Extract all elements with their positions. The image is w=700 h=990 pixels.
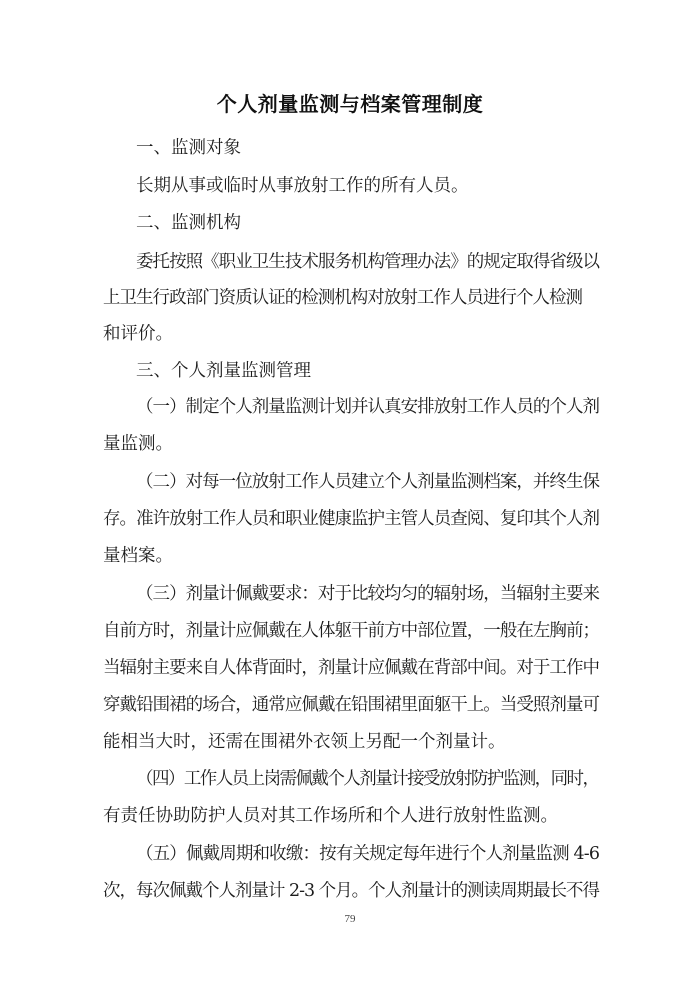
page-number: 79 bbox=[0, 913, 700, 925]
text-line: 次，每次佩戴个人剂量计 2-3 个月。个人剂量计的测读周期最长不得 bbox=[103, 880, 599, 902]
text-line: 委托按照《职业卫生技术服务机构管理办法》的规定取得省级以 bbox=[136, 251, 599, 273]
document-page: 个人剂量监测与档案管理制度 一、监测对象长期从事或临时从事放射工作的所有人员。二… bbox=[0, 0, 700, 990]
text-line: （二）对每一位放射工作人员建立个人剂量监测档案，并终生保 bbox=[136, 471, 599, 493]
text-line: （四）工作人员上岗需佩戴个人剂量计接受放射防护监测，同时， bbox=[136, 768, 598, 790]
text-line: （三）剂量计佩戴要求：对于比较均匀的辐射场，当辐射主要来 bbox=[136, 583, 599, 605]
text-line: （一）制定个人剂量监测计划并认真安排放射工作人员的个人剂 bbox=[136, 396, 599, 418]
text-line: 当辐射主要来自人体背面时，剂量计应佩戴在背部中间。对于工作中 bbox=[103, 657, 599, 679]
text-line: 二、监测机构 bbox=[136, 212, 241, 234]
text-line: 有责任协助防护人员对其工作场所和个人进行放射性监测。 bbox=[103, 805, 558, 827]
text-line: 能相当大时，还需在围裙外衣领上另配一个剂量计。 bbox=[103, 731, 506, 753]
text-line: 穿戴铅围裙的场合，通常应佩戴在铅围裙里面躯干上。当受照剂量可 bbox=[103, 694, 599, 716]
text-line: 长期从事或临时从事放射工作的所有人员。 bbox=[136, 175, 469, 197]
text-line: 和评价。 bbox=[103, 323, 173, 345]
text-line: 存。准许放射工作人员和职业健康监护主管人员查阅、复印其个人剂 bbox=[103, 508, 599, 530]
text-line: （五）佩戴周期和收缴：按有关规定每年进行个人剂量监测 4-6 bbox=[136, 843, 599, 865]
text-line: 三、个人剂量监测管理 bbox=[136, 360, 311, 382]
text-line: 量档案。 bbox=[103, 545, 173, 567]
text-line: 量监测。 bbox=[103, 433, 173, 455]
text-line: 上卫生行政部门资质认证的检测机构对放射工作人员进行个人检测 bbox=[103, 287, 582, 309]
text-line: 一、监测对象 bbox=[136, 137, 241, 159]
text-line: 自前方时，剂量计应佩戴在人体躯干前方中部位置，一般在左胸前； bbox=[103, 620, 599, 642]
document-title: 个人剂量监测与档案管理制度 bbox=[0, 88, 700, 117]
